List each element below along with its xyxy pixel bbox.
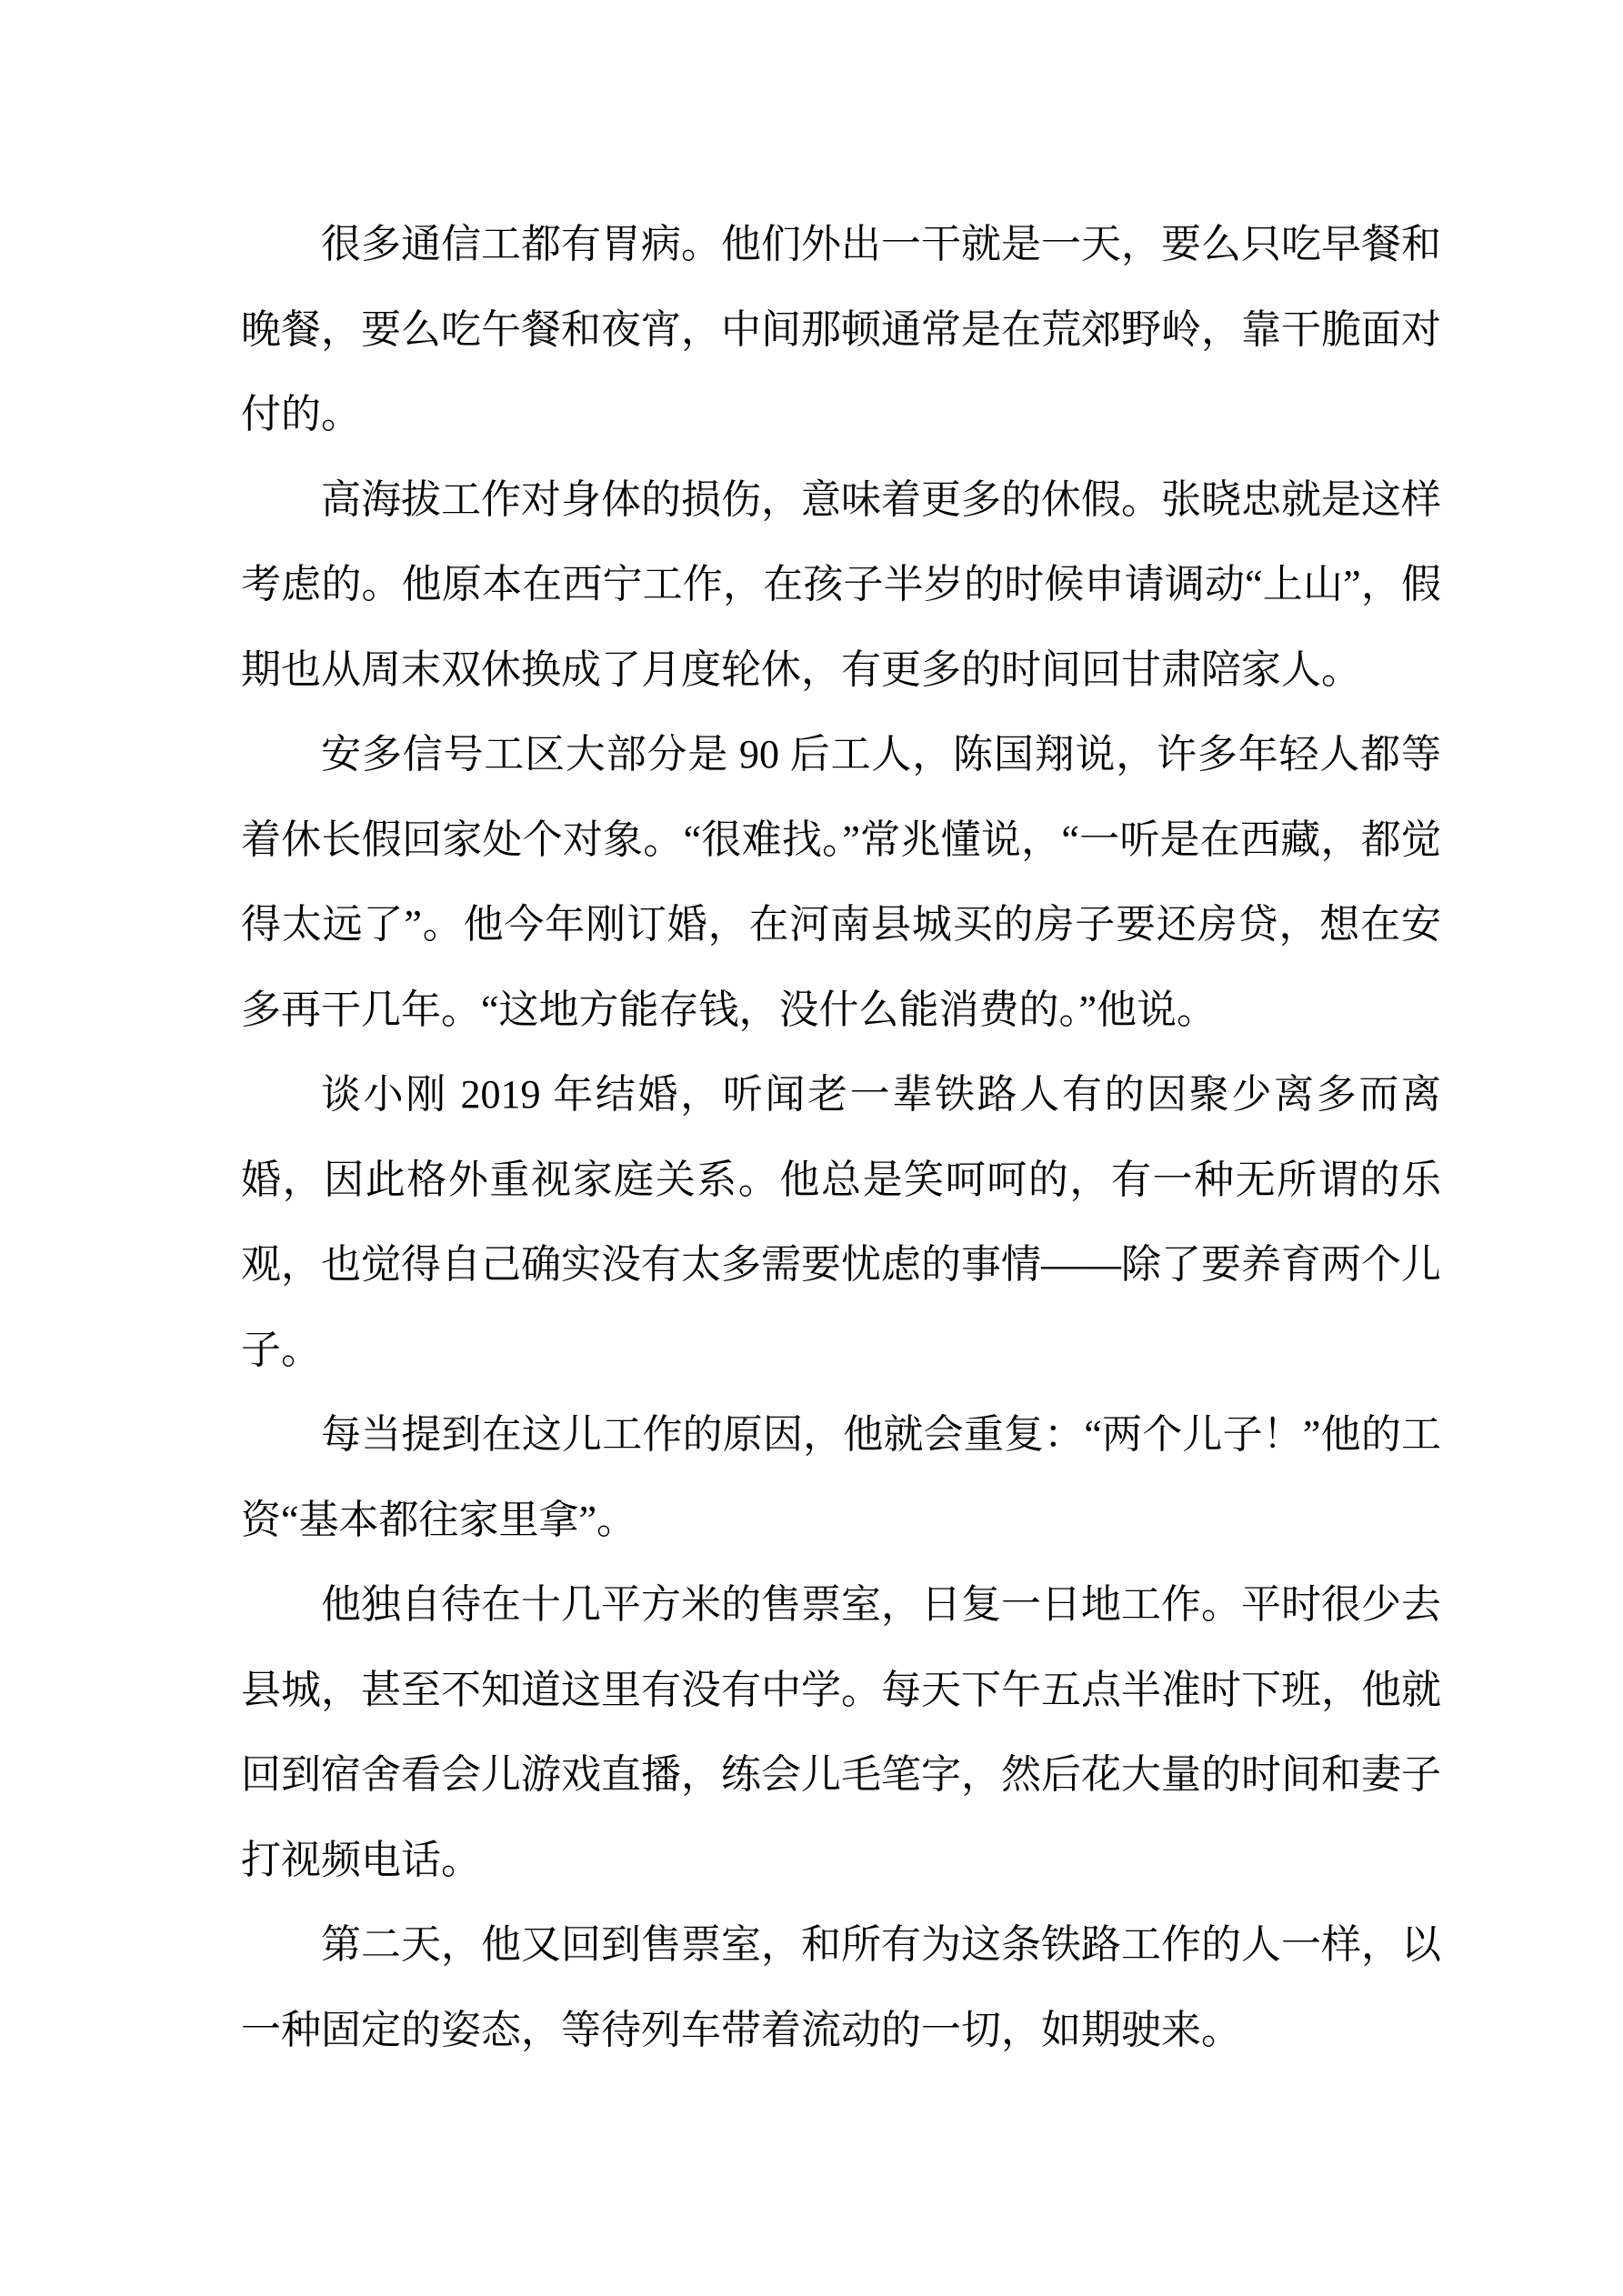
paragraph: 很多通信工都有胃病。他们外出一干就是一天，要么只吃早餐和晚餐，要么吃午餐和夜宵，…: [241, 202, 1441, 457]
paragraph: 高海拔工作对身体的损伤，意味着更多的休假。张晓忠就是这样考虑的。他原本在西宁工作…: [241, 457, 1441, 713]
paragraph: 每当提到在这儿工作的原因，他就会重复：“两个儿子！”他的工资“基本都往家里拿”。: [241, 1392, 1441, 1562]
document-page: 很多通信工都有胃病。他们外出一干就是一天，要么只吃早餐和晚餐，要么吃午餐和夜宵，…: [0, 0, 1623, 2296]
paragraph: 第二天，他又回到售票室，和所有为这条铁路工作的人一样，以一种固定的姿态，等待列车…: [241, 1902, 1441, 2072]
document-body: 很多通信工都有胃病。他们外出一干就是一天，要么只吃早餐和晚餐，要么吃午餐和夜宵，…: [241, 202, 1441, 2072]
paragraph: 安多信号工区大部分是 90 后工人，陈国翔说，许多年轻人都等着休长假回家处个对象…: [241, 712, 1441, 1052]
paragraph: 他独自待在十几平方米的售票室，日复一日地工作。平时很少去县城，甚至不知道这里有没…: [241, 1562, 1441, 1902]
paragraph: 谈小刚 2019 年结婚，听闻老一辈铁路人有的因聚少离多而离婚，因此格外重视家庭…: [241, 1052, 1441, 1392]
